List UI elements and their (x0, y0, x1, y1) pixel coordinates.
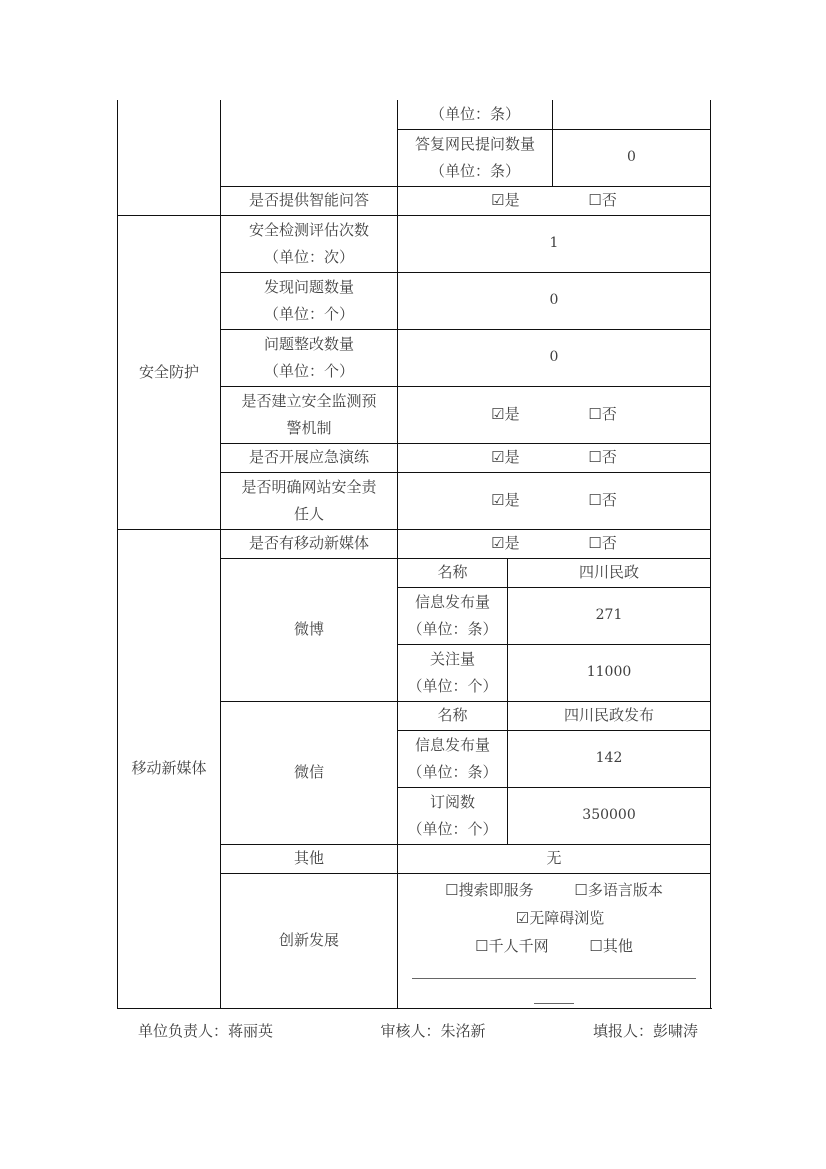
fill-in-line[interactable] (412, 964, 696, 979)
issues-found-value: 0 (398, 272, 711, 329)
mobile-section-label: 移动新媒体 (118, 529, 221, 1008)
security-officer-label: 是否明确网站安全责 任人 (221, 472, 398, 529)
innovation-options: ☐搜索即服务 ☐多语言版本 ☑无障碍浏览 ☐千人千网 ☐其他 (398, 873, 711, 1008)
has-mobile-media-label: 是否有移动新媒体 (221, 529, 398, 558)
smart-qa-yes-checkbox[interactable]: ☑是 (491, 187, 519, 214)
issues-fixed-value: 0 (398, 329, 711, 386)
other-media-label: 其他 (221, 844, 398, 873)
media-no-checkbox[interactable]: ☐否 (588, 530, 616, 557)
wechat-subscribers-value: 350000 (508, 787, 711, 844)
weibo-followers-value: 11000 (508, 644, 711, 701)
other-media-value: 无 (398, 844, 711, 873)
monitoring-mechanism-label: 是否建立安全监测预 警机制 (221, 386, 398, 443)
multilingual-checkbox[interactable]: ☐多语言版本 (574, 876, 662, 904)
website-report-table: （单位：条） 答复网民提问数量 （单位：条） 0 是否提供智能问答 ☑是 ☐否 … (117, 100, 711, 1009)
innovation-options-row-2: ☐千人千网 ☐其他 (402, 932, 706, 960)
wechat-posts-label: 信息发布量 （单位：条） (398, 730, 508, 787)
security-row-label: 安全检测评估次数 （单位：次） (221, 215, 398, 272)
drill-yes-checkbox[interactable]: ☑是 (491, 444, 519, 471)
smart-qa-label: 是否提供智能问答 (221, 186, 398, 215)
weibo-posts-label: 信息发布量 （单位：条） (398, 587, 508, 644)
wechat-name-value: 四川民政发布 (508, 701, 711, 730)
accessibility-checkbox[interactable]: ☑无障碍浏览 (516, 904, 604, 932)
unit-head-signature: 单位负责人：蒋丽英 (138, 1020, 273, 1041)
security-section-label: 安全防护 (118, 215, 221, 529)
monitoring-no-checkbox[interactable]: ☐否 (588, 401, 616, 428)
security-check-count-value: 1 (398, 215, 711, 272)
unit-label: （单位：条） (398, 100, 553, 129)
signature-row: 单位负责人：蒋丽英 审核人：朱洺新 填报人：彭啸涛 (138, 1020, 698, 1041)
table-row: 移动新媒体 是否有移动新媒体 ☑是 ☐否 (118, 529, 711, 558)
interaction-sub-cell (221, 100, 398, 186)
officer-no-checkbox[interactable]: ☐否 (588, 487, 616, 514)
monitoring-mechanism-options: ☑是 ☐否 (398, 386, 711, 443)
wechat-label: 微信 (221, 701, 398, 844)
reply-count-label: 答复网民提问数量 （单位：条） (398, 129, 553, 186)
weibo-followers-label: 关注量 （单位：个） (398, 644, 508, 701)
table-row: （单位：条） (118, 100, 711, 129)
table-row: 安全防护 安全检测评估次数 （单位：次） 1 (118, 215, 711, 272)
security-row-label: 问题整改数量 （单位：个） (221, 329, 398, 386)
security-row-label: 发现问题数量 （单位：个） (221, 272, 398, 329)
smart-qa-no-checkbox[interactable]: ☐否 (588, 187, 616, 214)
other-innovation-checkbox[interactable]: ☐其他 (589, 932, 632, 960)
wechat-posts-value: 142 (508, 730, 711, 787)
smart-qa-options: ☑是 ☐否 (398, 186, 711, 215)
monitoring-yes-checkbox[interactable]: ☑是 (491, 401, 519, 428)
innovation-options-row-1: ☐搜索即服务 ☐多语言版本 ☑无障碍浏览 (402, 876, 706, 932)
innovation-section-label: 创新发展 (221, 873, 398, 1008)
weibo-label: 微博 (221, 558, 398, 701)
filler-signature: 填报人：彭啸涛 (593, 1020, 698, 1041)
fill-in-line-end (534, 993, 574, 1004)
reply-count-value: 0 (553, 129, 711, 186)
wechat-subscribers-label: 订阅数 （单位：个） (398, 787, 508, 844)
media-yes-checkbox[interactable]: ☑是 (491, 530, 519, 557)
emergency-drill-options: ☑是 ☐否 (398, 443, 711, 472)
security-officer-options: ☑是 ☐否 (398, 472, 711, 529)
weibo-name-value: 四川民政 (508, 558, 711, 587)
wechat-name-label: 名称 (398, 701, 508, 730)
interaction-section-cell (118, 100, 221, 215)
personalized-checkbox[interactable]: ☐千人千网 (475, 932, 548, 960)
drill-no-checkbox[interactable]: ☐否 (588, 444, 616, 471)
officer-yes-checkbox[interactable]: ☑是 (491, 487, 519, 514)
weibo-name-label: 名称 (398, 558, 508, 587)
report-page: （单位：条） 答复网民提问数量 （单位：条） 0 是否提供智能问答 ☑是 ☐否 … (0, 0, 826, 1169)
value-cell (553, 100, 711, 129)
weibo-posts-value: 271 (508, 587, 711, 644)
search-service-checkbox[interactable]: ☐搜索即服务 (445, 876, 533, 904)
has-mobile-media-options: ☑是 ☐否 (398, 529, 711, 558)
reviewer-signature: 审核人：朱洺新 (380, 1020, 485, 1041)
emergency-drill-label: 是否开展应急演练 (221, 443, 398, 472)
